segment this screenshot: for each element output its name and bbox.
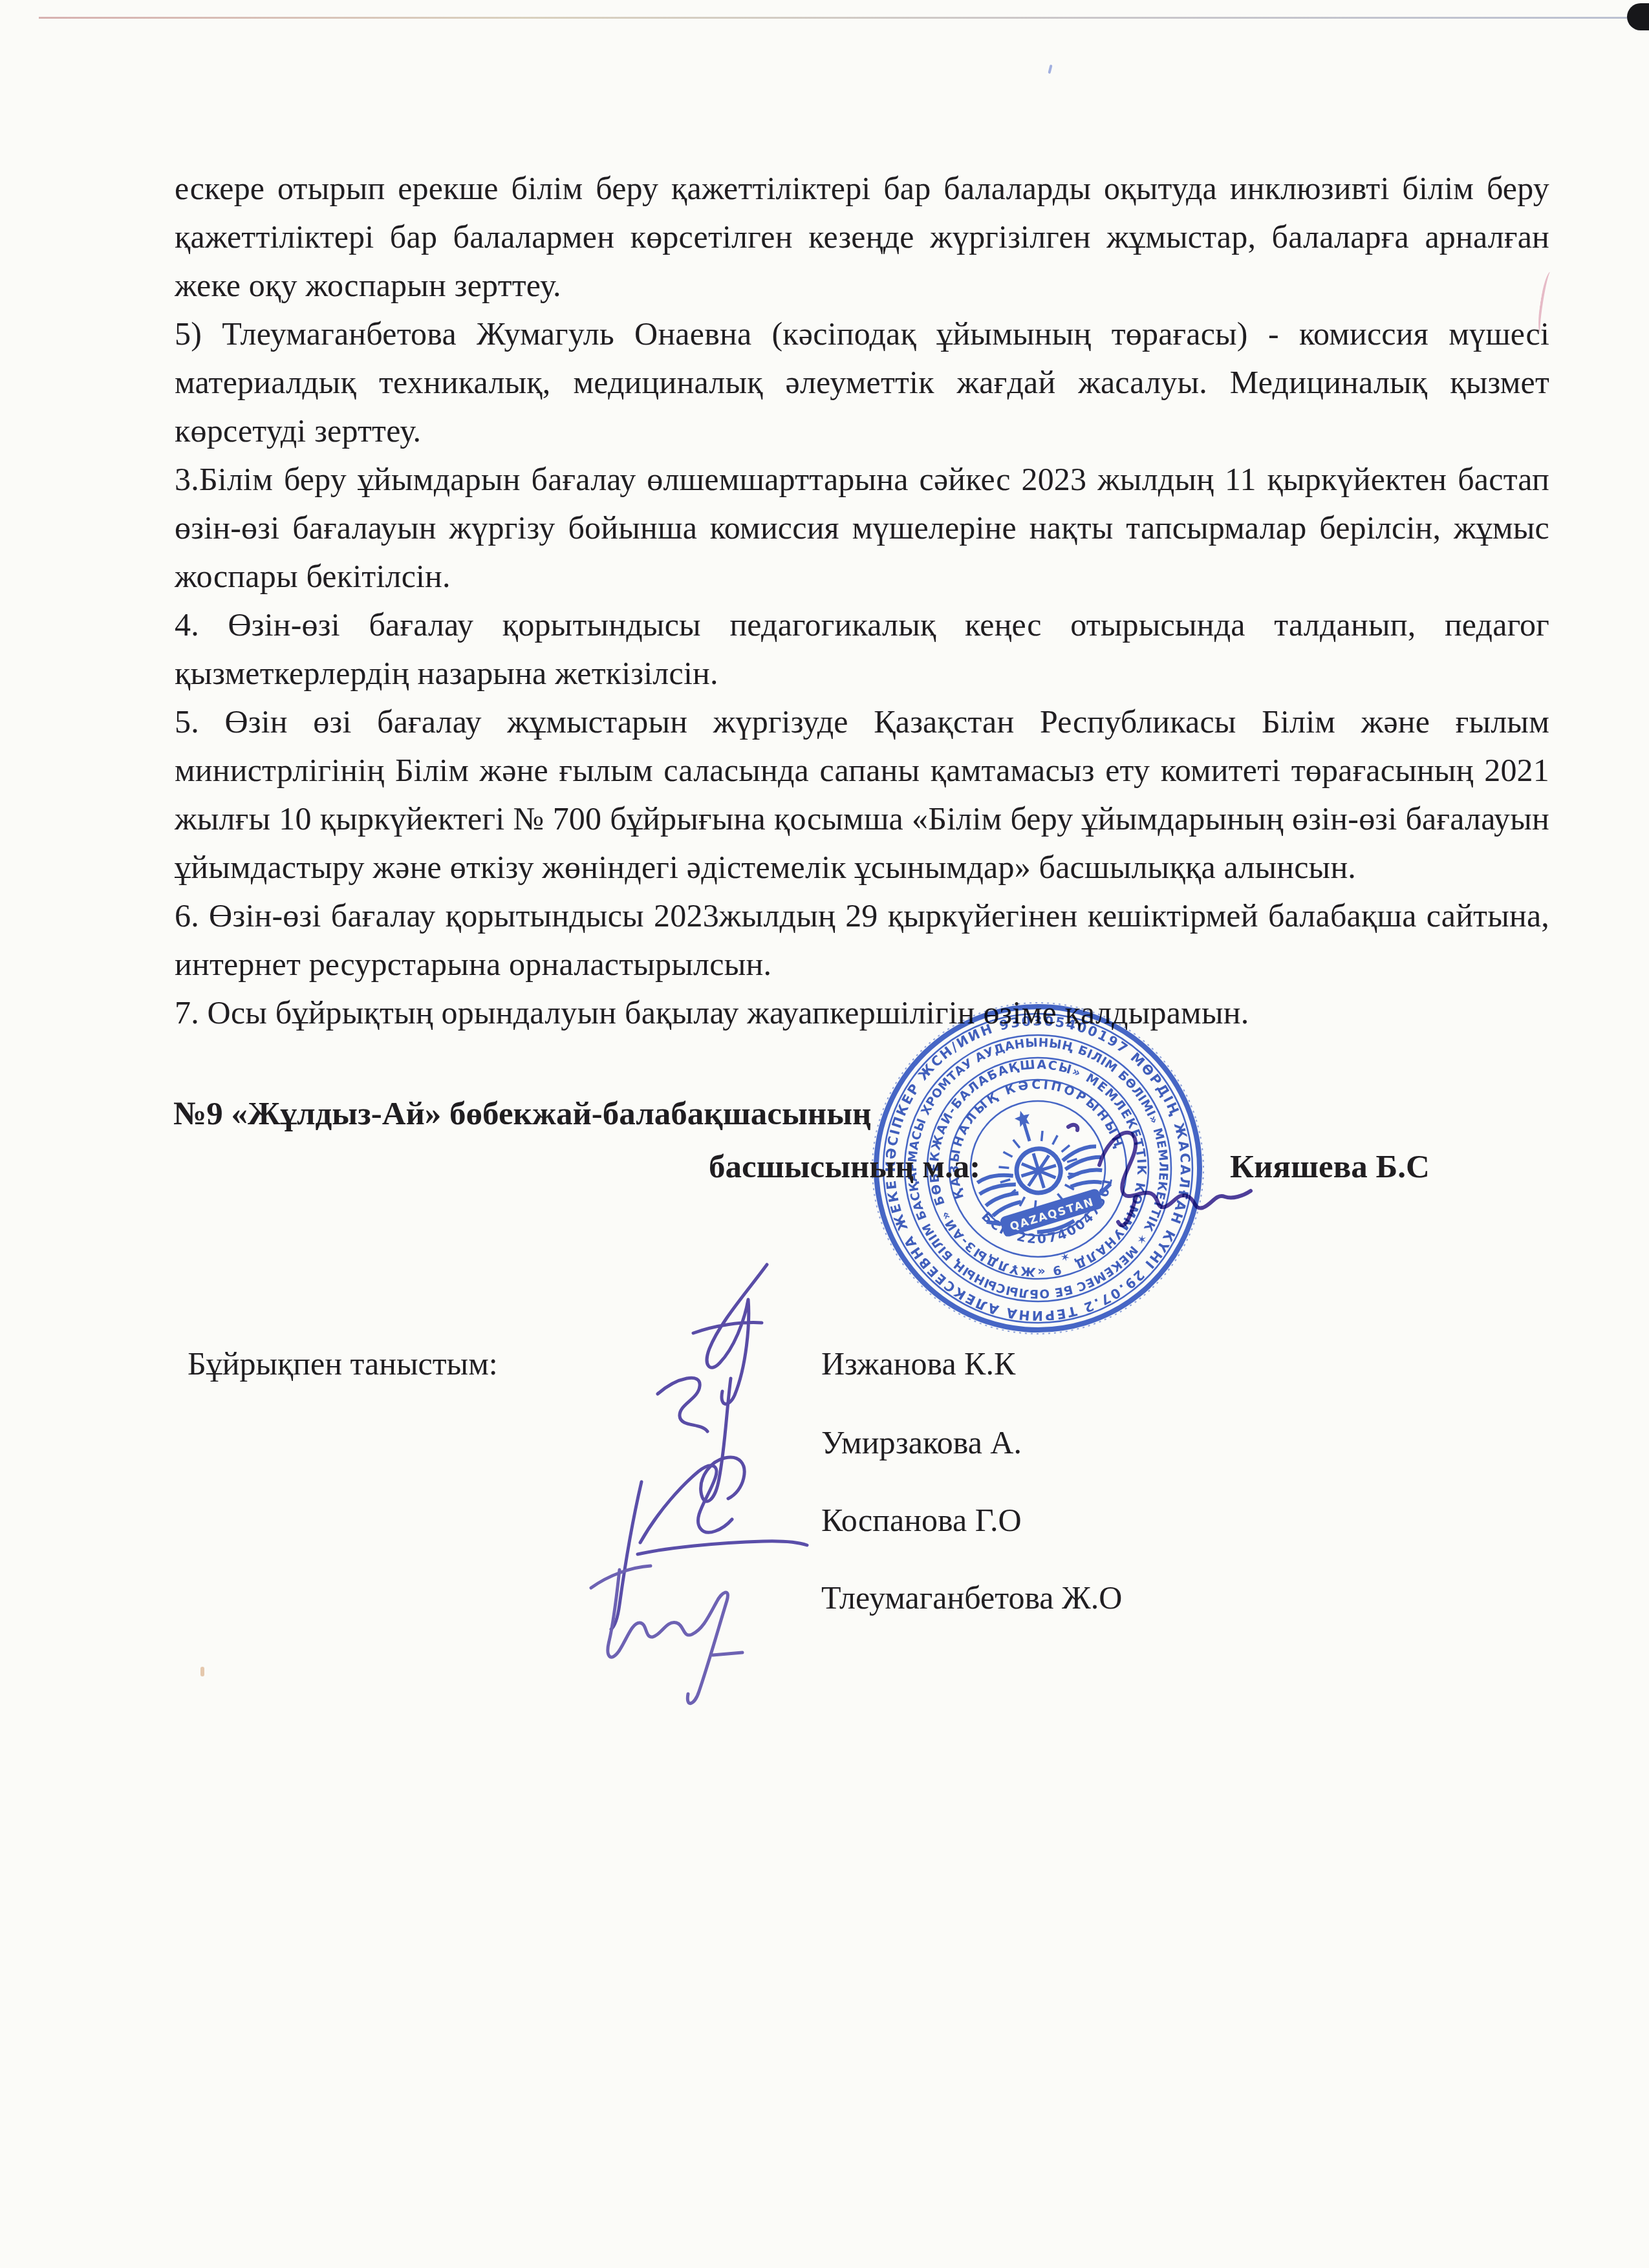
- body-paragraph: ескере отырып ерекше білім беру қажеттіл…: [175, 164, 1549, 310]
- orange-speck-artifact: [200, 1667, 204, 1676]
- org-name-line: №9 «Жұлдыз-Ай» бөбекжай-балабақшасының: [173, 1095, 871, 1133]
- body-paragraph: 7. Осы бұйрықтың орындалуын бақылау жауа…: [175, 989, 1549, 1037]
- signer-name: Кияшева Б.С: [1230, 1148, 1430, 1186]
- signature-kospanova: [611, 1466, 807, 1629]
- signature-umirzakova: [658, 1378, 744, 1501]
- signature-tleumaganbetova: [591, 1566, 742, 1704]
- signature-izzhanova: [693, 1265, 767, 1404]
- role-label: басшысының м.а:: [709, 1148, 980, 1186]
- body-paragraph: 4. Өзін-өзі бағалау қорытындысы педагоги…: [175, 601, 1549, 698]
- body-paragraph: 5. Өзін өзі бағалау жұмыстарын жүргізуде…: [175, 698, 1549, 892]
- acknowledgement-name: Умирзакова А.: [821, 1424, 1022, 1461]
- stamp-bottom-star: ✶: [1059, 1250, 1072, 1265]
- corner-mark-artifact: [1627, 3, 1649, 30]
- body-paragraph: 5) Тлеумаганбетова Жумагуль Онаевна (кәс…: [175, 310, 1549, 455]
- acknowledgement-name: Коспанова Г.О: [821, 1501, 1022, 1539]
- scanned-document-page: ескере отырып ерекше білім беру қажеттіл…: [0, 0, 1649, 2268]
- blue-speck-artifact: [1048, 65, 1052, 74]
- acknowledgement-label: Бұйрықпен таныстым:: [188, 1345, 498, 1382]
- body-paragraph: 3.Білім беру ұйымдарын бағалау өлшемшарт…: [175, 455, 1549, 601]
- emblem-star-icon: [1013, 1109, 1032, 1128]
- scan-line-artifact: [39, 17, 1649, 19]
- acknowledgement-name: Тлеумаганбетова Ж.О: [821, 1579, 1122, 1616]
- body-paragraph: 6. Өзін-өзі бағалау қорытындысы 2023жылд…: [175, 892, 1549, 989]
- acknowledgement-name: Изжанова К.К: [821, 1345, 1015, 1382]
- document-body: ескере отырып ерекше білім беру қажеттіл…: [175, 164, 1549, 1037]
